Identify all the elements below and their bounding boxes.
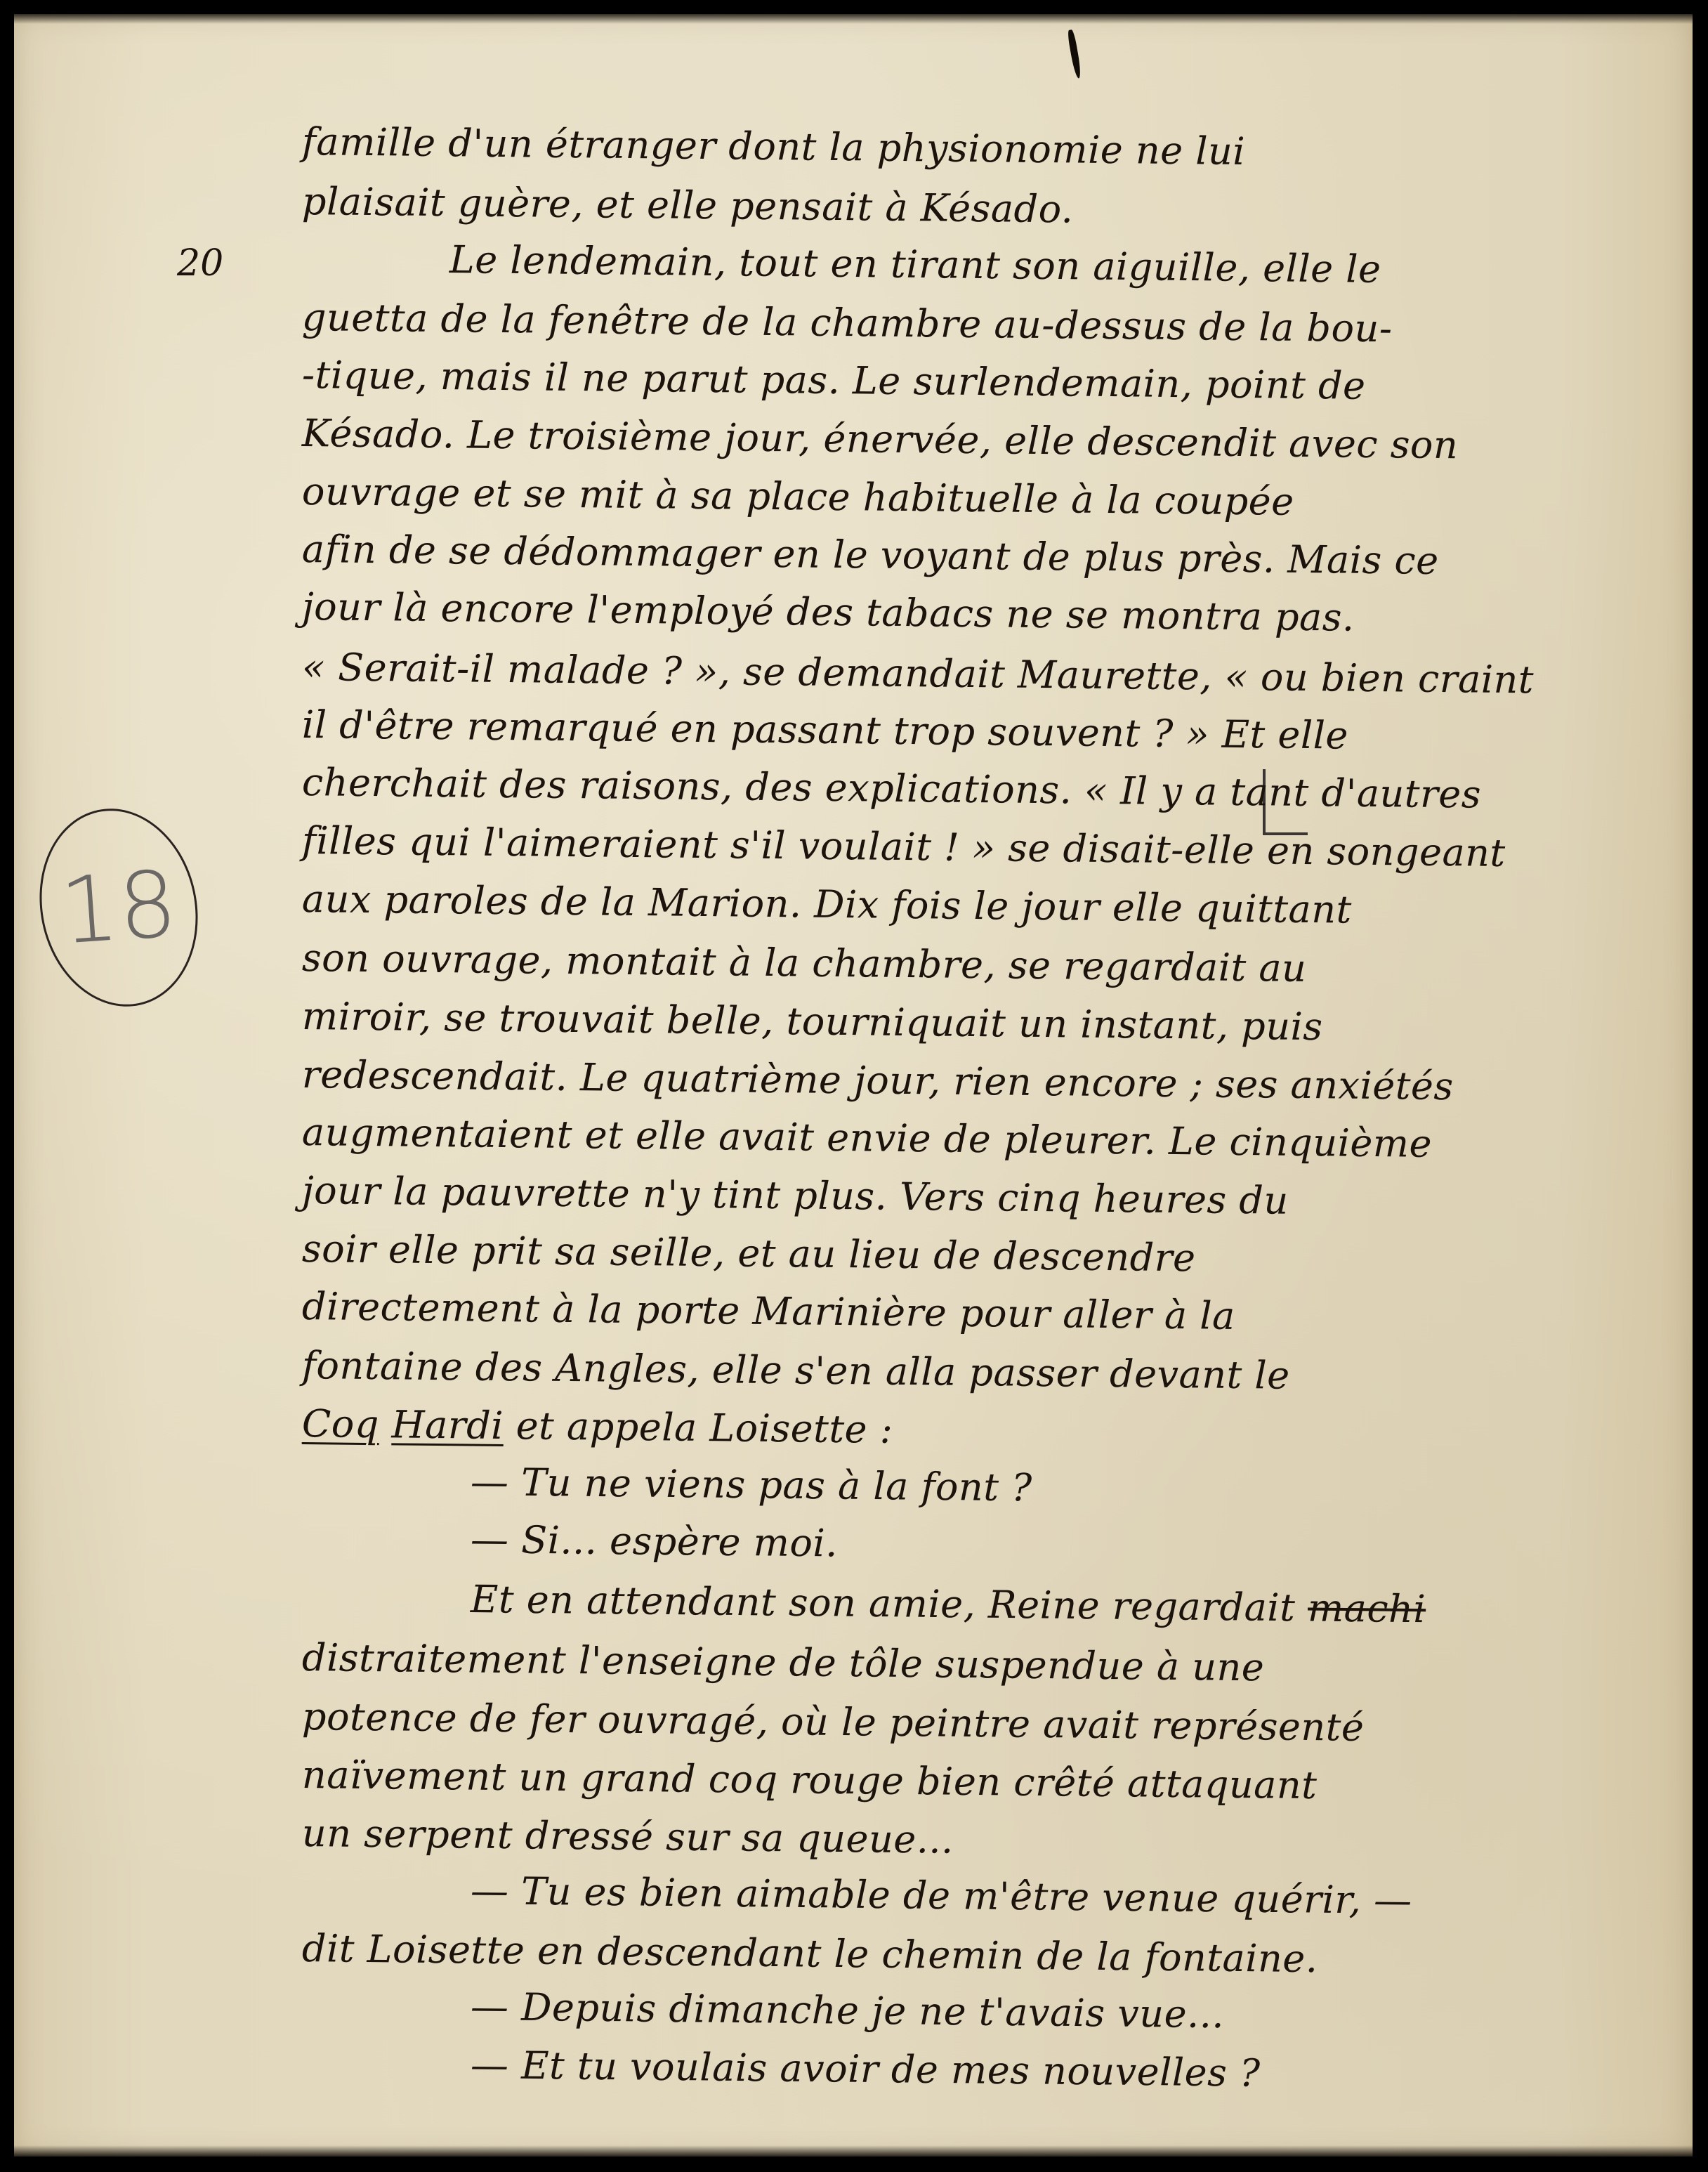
text-line: Le lendemain, tout en tirant son aiguill… [449,237,1381,292]
ink-blot [1067,30,1082,79]
text-line: plaisait guère, et elle pensait à Késado… [302,179,1074,231]
text-line: « Serait-il malade ? », se demandait Mau… [302,645,1535,702]
text-line: filles qui l'aimeraient s'il voulait ! »… [302,818,1506,875]
underlined-coq: Coq [302,1401,380,1446]
dialogue-line: — Tu ne viens pas à la font ? [471,1460,1032,1510]
dialogue-line: — Depuis dimanche je ne t'avais vue... [471,1984,1225,2036]
line-text: Et en attendant son amie, Reine regardai… [471,1577,1296,1630]
folio-number: 18 [57,850,180,964]
text-line: naïvement un grand coq rouge bien crêté … [302,1753,1318,1807]
underlined-hardi: Hardi [391,1402,504,1448]
manuscript-page: 20 18 famille d'un étranger dont la phys… [14,14,1693,2157]
text-line: afin de se dédommager en le voyant de pl… [302,527,1439,583]
text-line: jour la pauvrette n'y tint plus. Vers ci… [302,1168,1289,1223]
line-rest: et appela Loisette : [515,1404,893,1452]
text-line: Késado. Le troisième jour, énervée, elle… [302,411,1459,467]
folio-number-circle: 18 [22,794,216,1021]
text-line-underlined: Coq Hardi et appela Loisette : [302,1401,893,1452]
margin-line-number: 20 [177,242,223,284]
text-line: un serpent dressé sur sa queue... [302,1811,954,1862]
text-line: miroir, se trouvait belle, tourniquait u… [302,994,1323,1049]
dialogue-line: — Si... espère moi. [471,1517,839,1565]
text-line: fontaine des Angles, elle s'en alla pass… [302,1343,1290,1398]
text-line: -tique, mais il ne parut pas. Le surlend… [302,353,1366,408]
text-line: aux paroles de la Marion. Dix fois le jo… [302,877,1352,932]
text-line: redescendait. Le quatrième jour, rien en… [302,1052,1454,1108]
struck-word: machi [1308,1585,1426,1631]
text-line: augmentaient et elle avait envie de pleu… [302,1110,1433,1166]
dialogue-line: — Tu es bien aimable de m'être venue qué… [471,1869,1412,1923]
text-line: guetta de la fenêtre de la chambre au-de… [302,295,1393,351]
text-line: distraitement l'enseigne de tôle suspend… [302,1635,1265,1689]
text-line: Et en attendant son amie, Reine regardai… [471,1577,1426,1631]
dialogue-line: — Et tu voulais avoir de mes nouvelles ? [471,2043,1261,2095]
text-line: jour là encore l'employé des tabacs ne s… [302,584,1355,640]
text-line: ouvrage et se mit à sa place habituelle … [302,469,1294,524]
text-line: son ouvrage, montait à la chambre, se re… [302,936,1307,990]
text-line: famille d'un étranger dont la physionomi… [302,119,1246,174]
text-line: dit Loisette en descendant le chemin de … [302,1926,1318,1981]
text-line: potence de fer ouvragé, où le peintre av… [302,1694,1365,1750]
text-line: soir elle prit sa seille, et au lieu de … [302,1226,1196,1280]
text-line: directement à la porte Marinière pour al… [302,1284,1235,1338]
text-line: il d'être remarqué en passant trop souve… [302,702,1349,758]
